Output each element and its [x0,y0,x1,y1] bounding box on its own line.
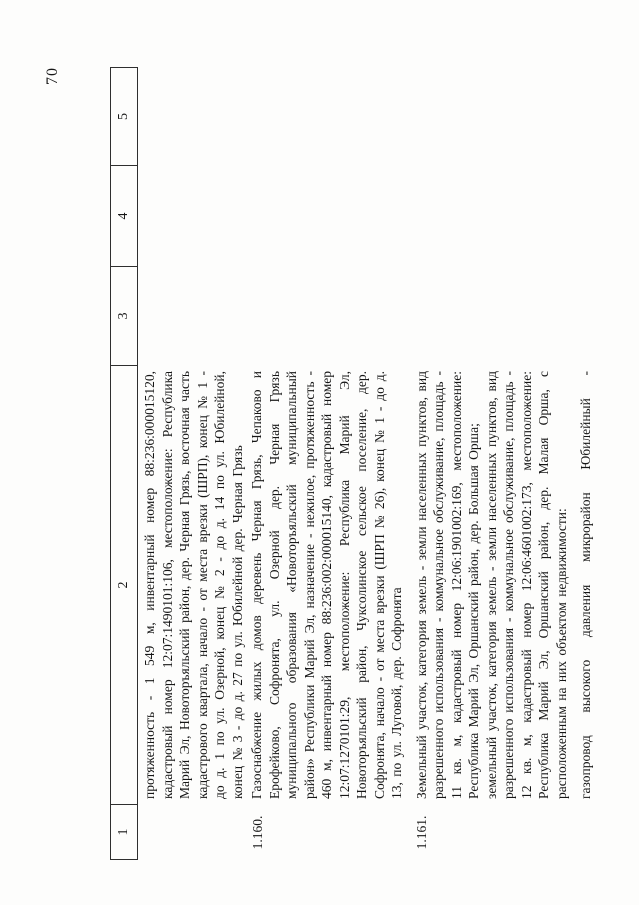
table-header-row: 1 2 3 4 5 [110,67,138,860]
header-cell-col1: 1 [111,805,137,860]
scanned-document-page: 70 1 2 3 4 5 протяженность - 1 549 м, ин… [0,0,639,905]
description-paragraph: Газоснабжение жилых домов деревень Черна… [248,371,406,799]
header-cell-col2: 2 [111,366,137,805]
property-register-table: 1 2 3 4 5 протяженность - 1 549 м, инвен… [110,67,595,860]
row-description-cell: Земельный участок, категория земель - зе… [413,366,595,805]
row-number: 1.161. [413,805,431,860]
description-paragraph-gas-pipeline: газопровод высокого давления микрорайон … [577,371,595,799]
header-cell-col5: 5 [111,67,137,166]
row-number: 1.160. [248,805,266,860]
header-cell-col4: 4 [111,166,137,267]
table-row-continuation: протяженность - 1 549 м, инвентарный ном… [141,67,246,860]
page-number: 70 [44,67,62,85]
table-body: протяженность - 1 549 м, инвентарный ном… [141,67,595,860]
description-paragraph-land-plot-2: земельный участок, категория земель - зе… [483,371,571,799]
description-paragraph: протяженность - 1 549 м, инвентарный ном… [141,371,246,799]
row-description-cell: Газоснабжение жилых домов деревень Черна… [248,366,406,805]
description-paragraph-land-plot-1: Земельный участок, категория земель - зе… [413,371,483,799]
header-cell-col3: 3 [111,267,137,366]
table-row-1-161: 1.161. Земельный участок, категория земе… [413,67,595,860]
rotated-page: 70 1 2 3 4 5 протяженность - 1 549 м, ин… [0,0,639,905]
row-description-cell: протяженность - 1 549 м, инвентарный ном… [141,366,246,805]
row-number [141,805,142,860]
table-row-1-160: 1.160. Газоснабжение жилых домов деревен… [248,67,406,860]
